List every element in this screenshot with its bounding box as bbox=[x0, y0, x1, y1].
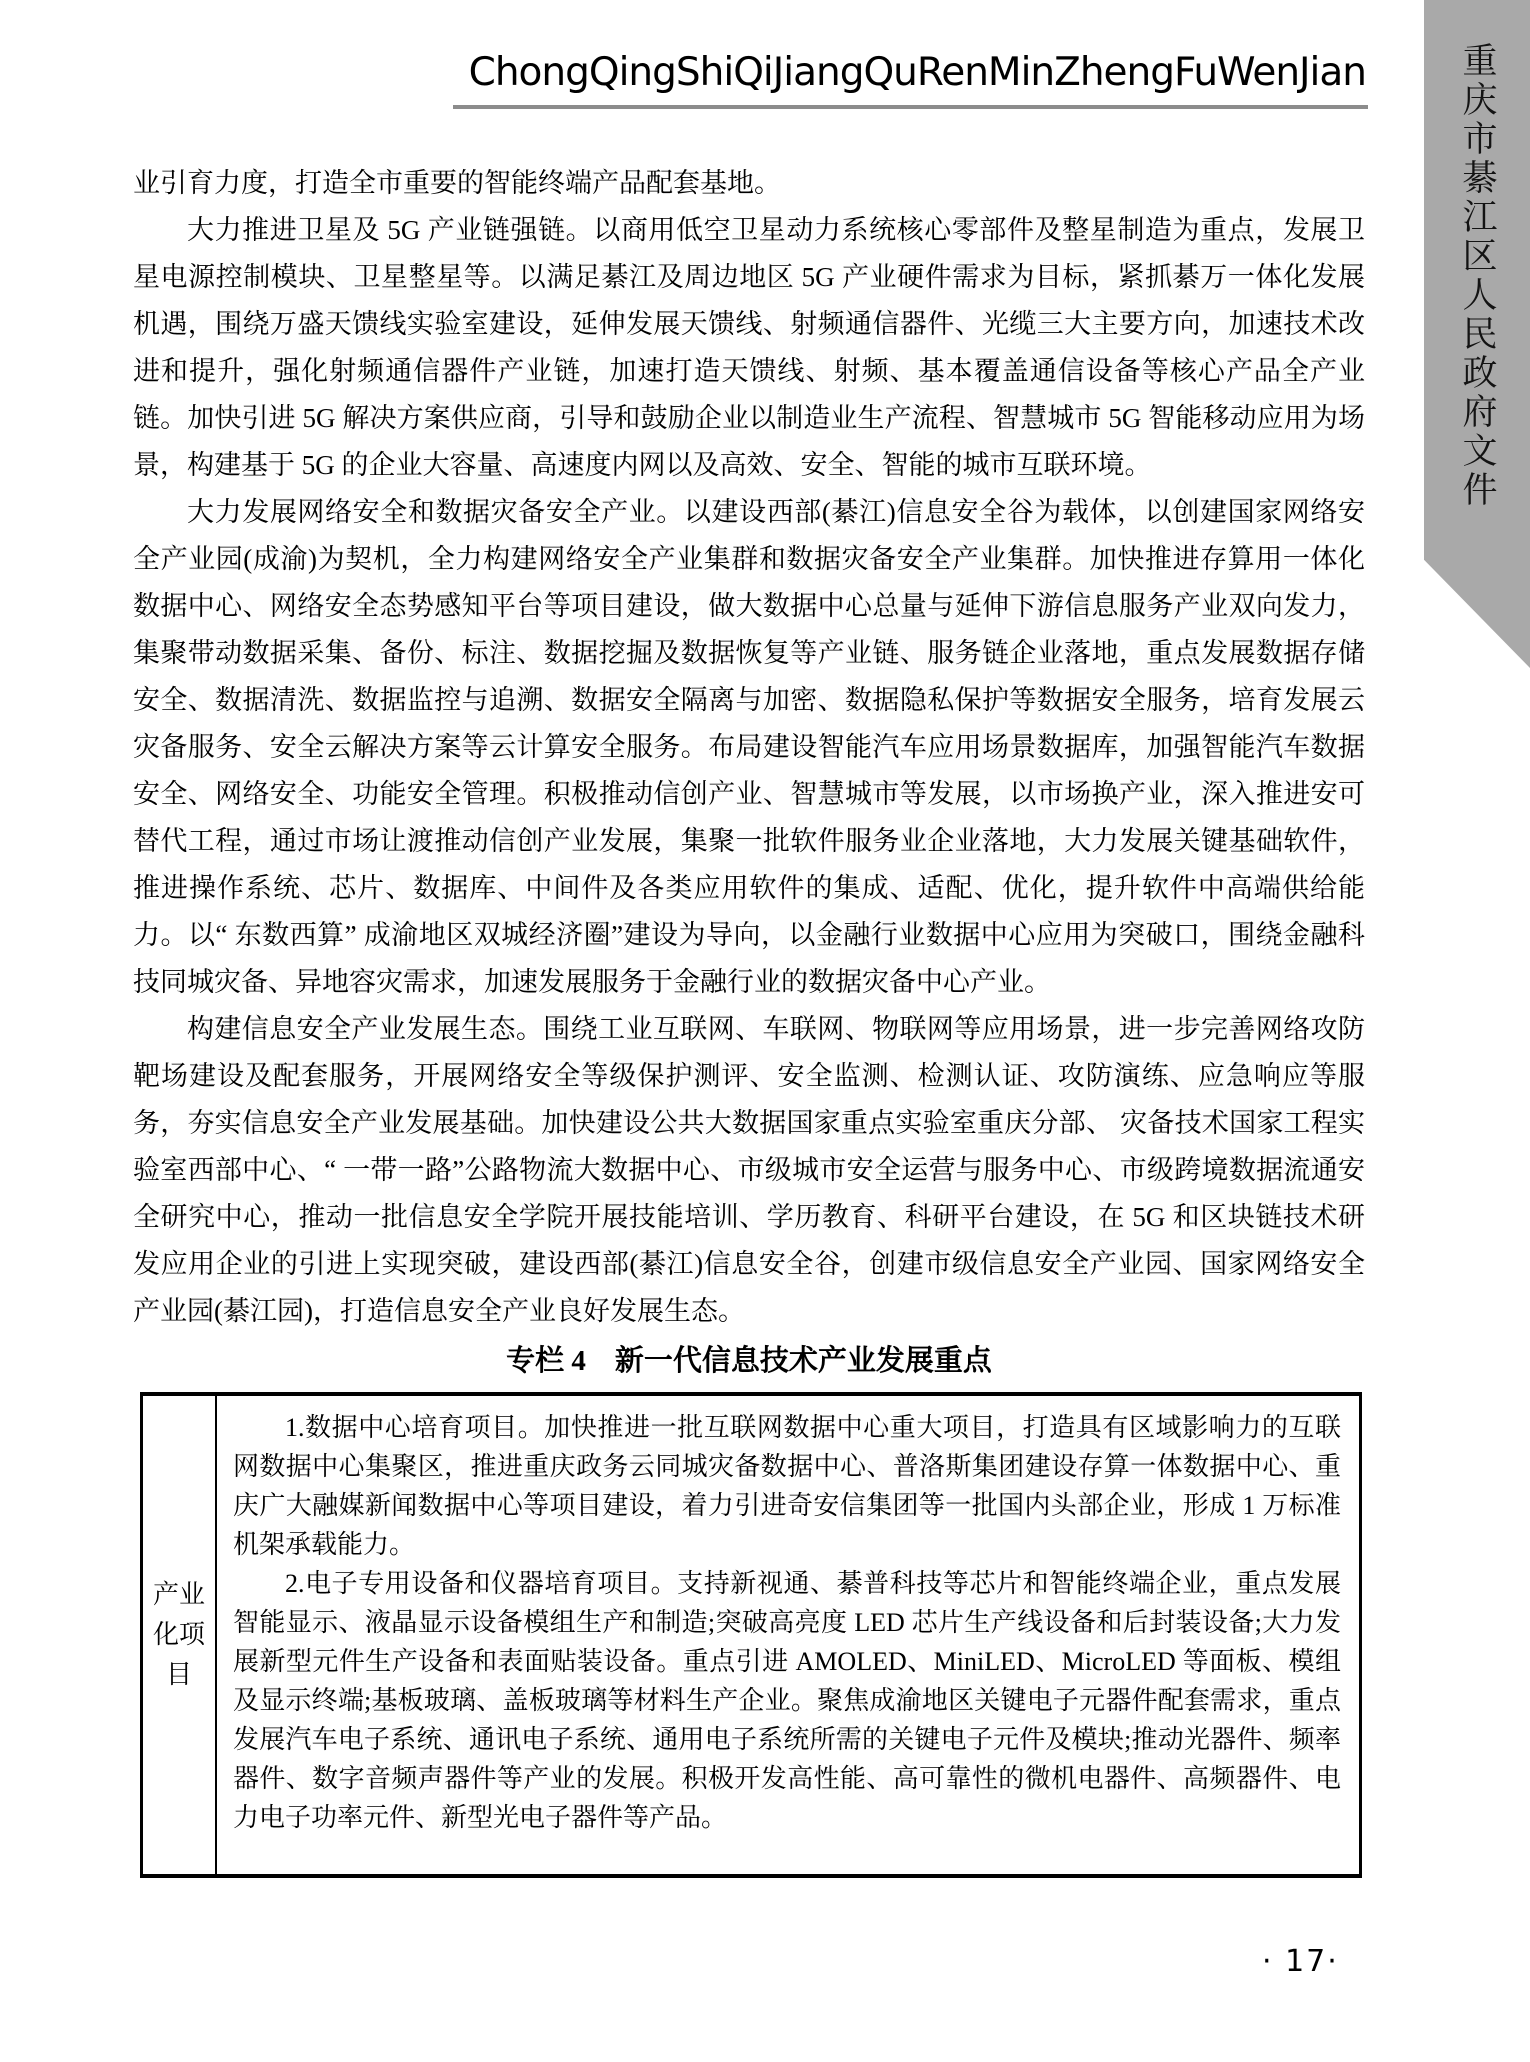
document-body: 业引育力度，打造全市重要的智能终端产品配套基地。 大力推进卫星及 5G 产业链强… bbox=[133, 160, 1365, 1335]
column-4-table: 产业化项目 1.数据中心培育项目。加快推进一批互联网数据中心重大项目，打造具有区… bbox=[140, 1392, 1362, 1878]
paragraph-network-security: 大力发展网络安全和数据灾备安全产业。以建设西部(綦江)信息安全谷为载体，以创建国… bbox=[133, 489, 1365, 1006]
column-4-title: 专栏 4 新一代信息技术产业发展重点 bbox=[133, 1338, 1365, 1379]
paragraph-security-ecosystem: 构建信息安全产业发展生态。围绕工业互联网、车联网、物联网等应用场景，进一步完善网… bbox=[133, 1006, 1365, 1335]
document-page: 重庆市綦江区人民政府文件 ChongQingShiQiJiangQuRenMin… bbox=[0, 0, 1530, 2062]
table-item-data-center: 1.数据中心培育项目。加快推进一批互联网数据中心重大项目，打造具有区域影响力的互… bbox=[233, 1408, 1341, 1564]
header-pinyin-title: ChongQingShiQiJiangQuRenMinZhengFuWenJia… bbox=[469, 50, 1366, 95]
paragraph-satellite-5g: 大力推进卫星及 5G 产业链强链。以商用低空卫星动力系统核心零部件及整星制造为重… bbox=[133, 207, 1365, 489]
table-item-electronics-equipment: 2.电子专用设备和仪器培育项目。支持新视通、綦普科技等芯片和智能终端企业，重点发… bbox=[233, 1564, 1341, 1837]
page-number: · 17· bbox=[1262, 1944, 1339, 1979]
government-document-ribbon: 重庆市綦江区人民政府文件 bbox=[1424, 0, 1530, 668]
ribbon-vertical-title: 重庆市綦江区人民政府文件 bbox=[1452, 42, 1502, 668]
paragraph-continuation: 业引育力度，打造全市重要的智能终端产品配套基地。 bbox=[133, 160, 1365, 207]
table-row-label: 产业化项目 bbox=[152, 1575, 206, 1695]
table-row-content-cell: 1.数据中心培育项目。加快推进一批互联网数据中心重大项目，打造具有区域影响力的互… bbox=[217, 1396, 1359, 1874]
page-header: ChongQingShiQiJiangQuRenMinZhengFuWenJia… bbox=[453, 50, 1368, 109]
table-row-label-cell: 产业化项目 bbox=[143, 1396, 217, 1874]
